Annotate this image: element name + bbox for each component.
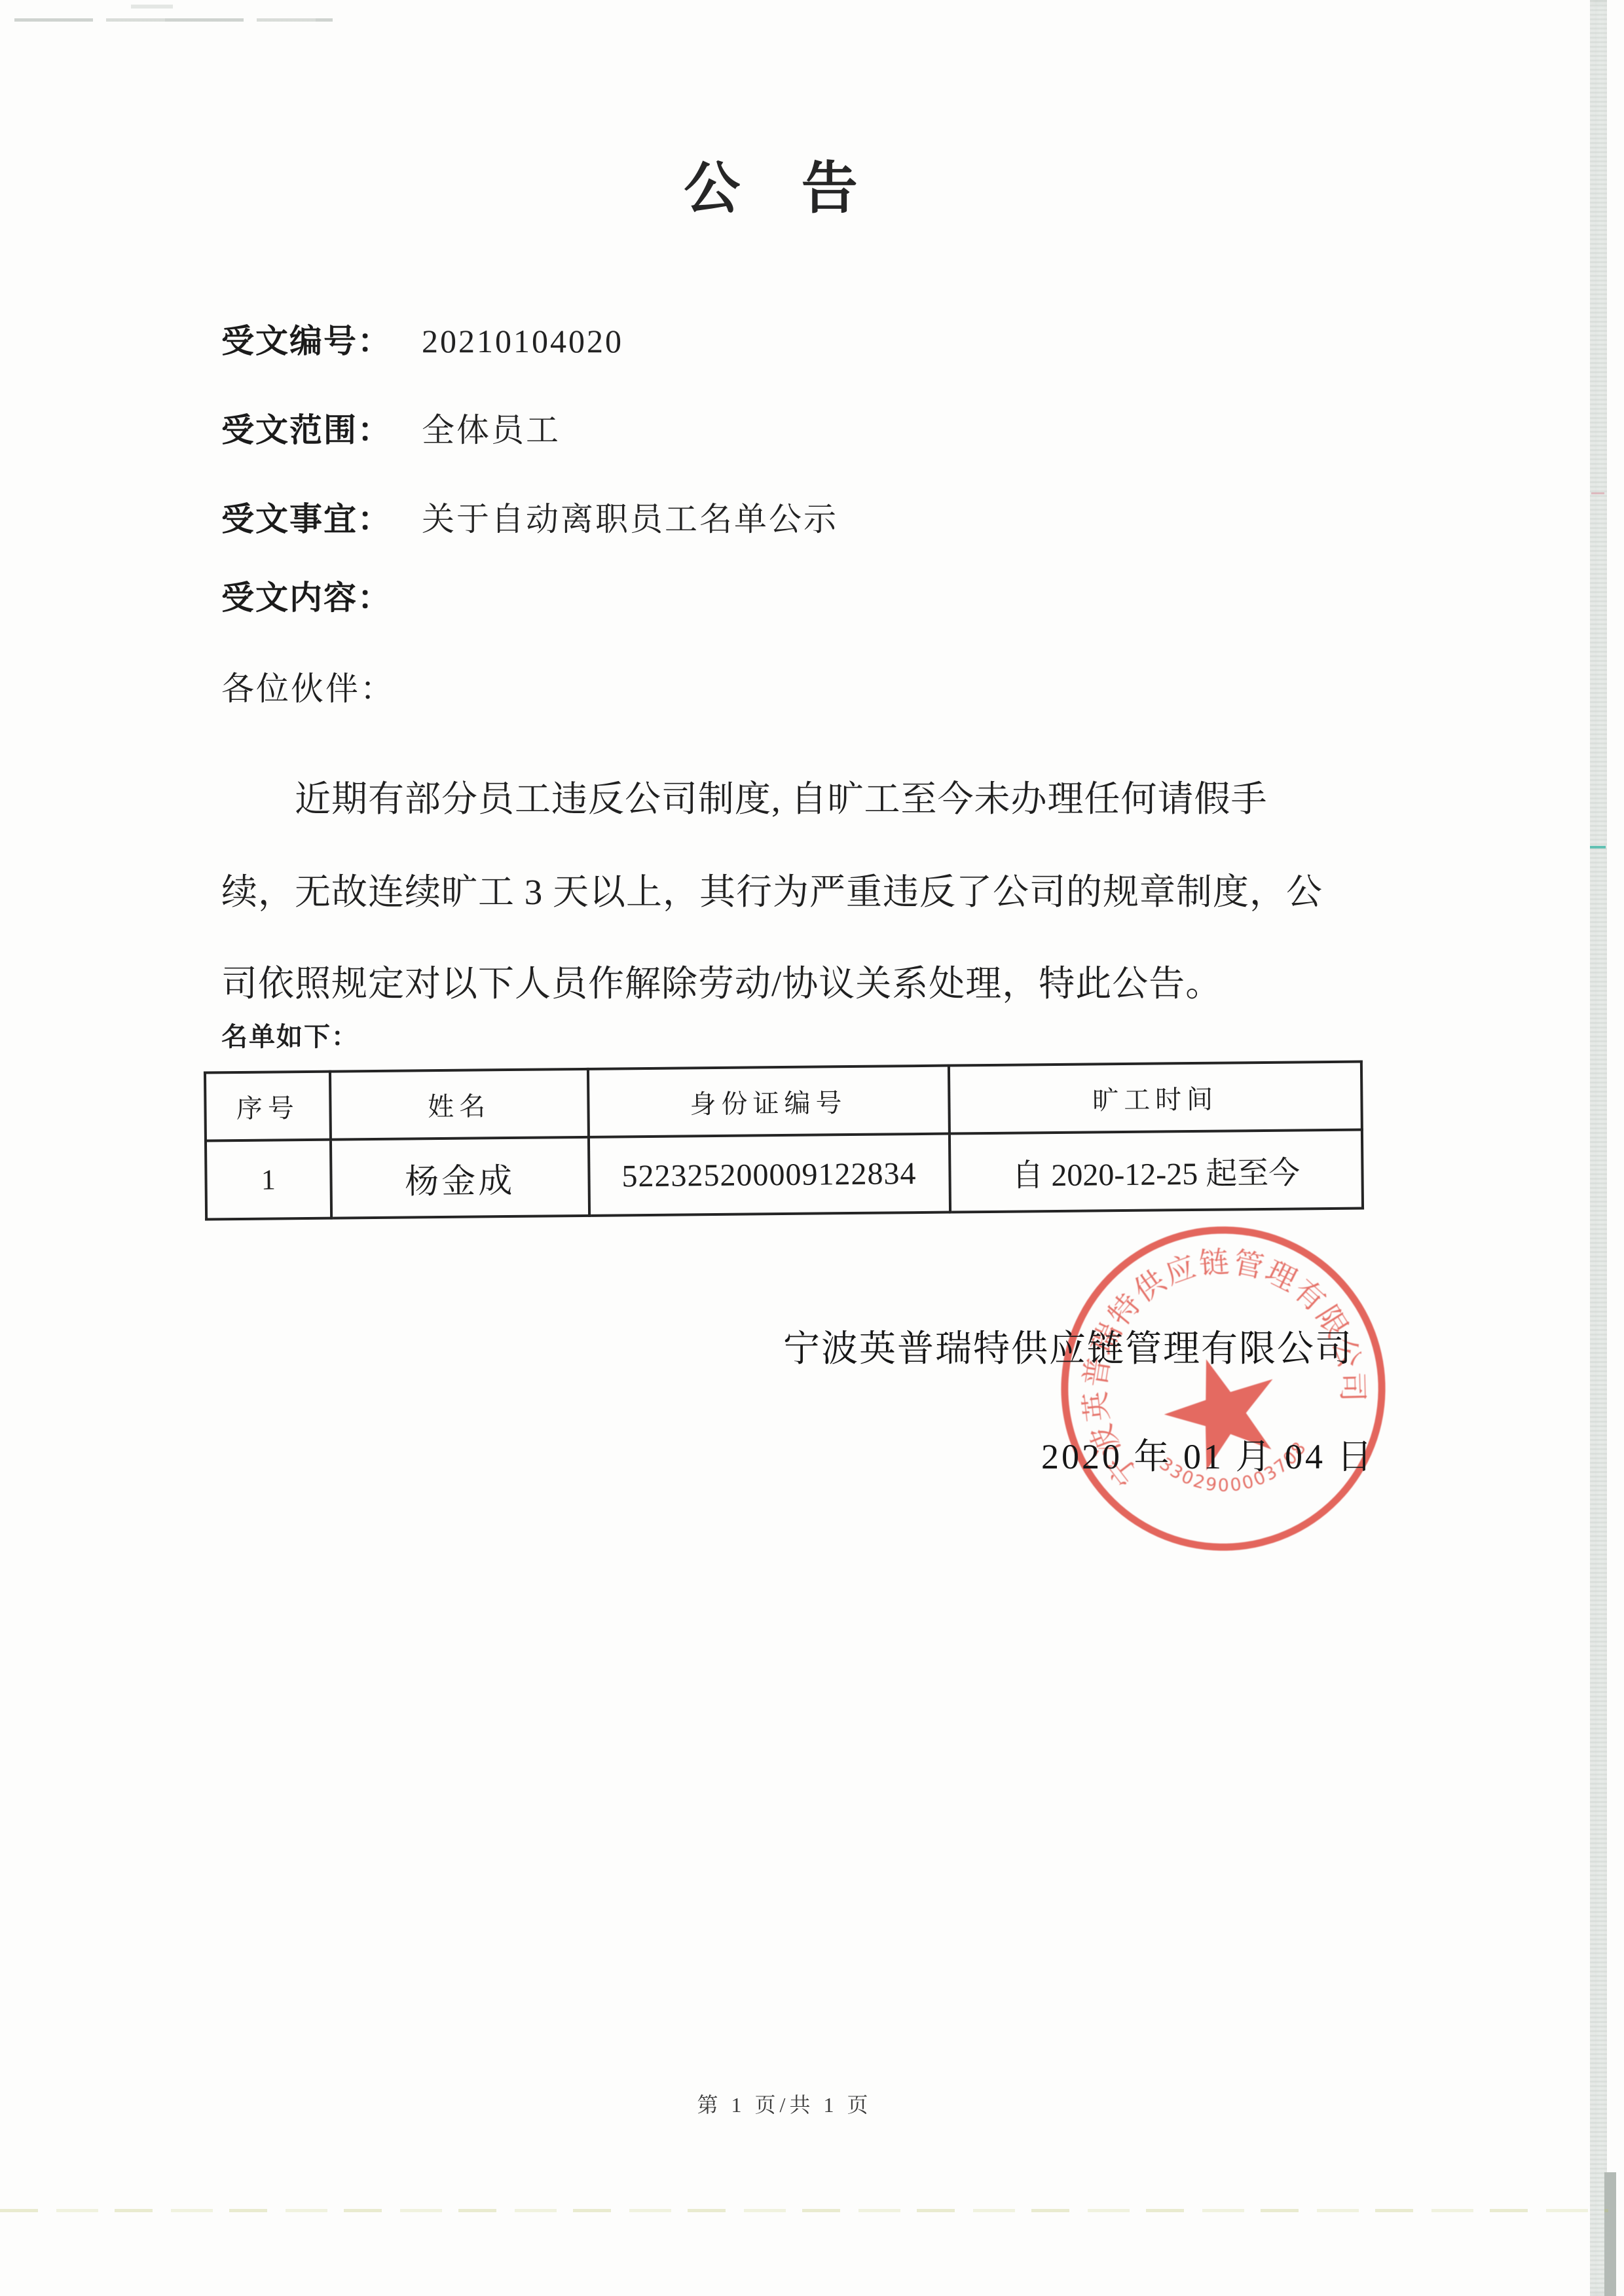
- page-number-footer: 第 1 页/共 1 页: [0, 2088, 1596, 2119]
- dismissed-employee-table: 序号 姓名 身份证编号 旷工时间 1 杨金成 52232520000912283…: [204, 1061, 1364, 1221]
- table-row: 1 杨金成 522325200009122834 自 2020-12-25 起至…: [206, 1130, 1363, 1220]
- cell-id-card: 522325200009122834: [588, 1134, 950, 1216]
- cell-index: 1: [206, 1140, 331, 1220]
- header-id-card: 身份证编号: [587, 1066, 949, 1137]
- scan-edge-strip-texture: [1590, 0, 1607, 2296]
- doc-number-label: 受文编号：: [221, 323, 392, 359]
- content-label: 受文内容：: [221, 579, 392, 616]
- meta-row-content: 受文内容：: [221, 581, 392, 614]
- subject-label: 受文事宜：: [221, 501, 392, 538]
- header-index: 序号: [205, 1072, 331, 1141]
- doc-number-value: 20210104020: [422, 323, 623, 359]
- list-intro: 名单如下：: [221, 1016, 359, 1053]
- body-line-2: 续，无故连续旷工 3 天以上，其行为严重违反了公司的规章制度，公: [221, 863, 1393, 915]
- cell-name: 杨金成: [331, 1137, 589, 1218]
- scan-streak-top-left: [14, 18, 333, 22]
- scope-label: 受文范围：: [221, 412, 392, 448]
- subject-value: 关于自动离职员工名单公示: [422, 501, 838, 538]
- scan-edge-strip-right: [1590, 0, 1607, 2296]
- signature-date: 2020 年 01 月 04 日: [1041, 1429, 1375, 1479]
- salutation: 各位伙伴：: [221, 663, 395, 710]
- header-name: 姓名: [330, 1069, 589, 1140]
- scope-value: 全体员工: [422, 412, 561, 448]
- meta-row-subject: 受文事宜：关于自动离职员工名单公示: [221, 503, 838, 536]
- scan-scuff-bottom: [0, 2209, 1608, 2212]
- table-header-row: 序号 姓名 身份证编号 旷工时间: [205, 1062, 1362, 1141]
- document-title: 公 告: [0, 143, 1595, 224]
- company-seal-stamp: 宁波英普瑞特供应链管理有限公司 3302900003708: [1010, 1176, 1436, 1601]
- scan-tick-teal: [1590, 846, 1606, 848]
- meta-row-scope: 受文范围：全体员工: [221, 414, 561, 446]
- scan-streak-top-left-2: [131, 5, 173, 9]
- meta-row-doc-number: 受文编号：20210104020: [221, 325, 623, 357]
- signature-company: 宁波英普瑞特供应链管理有限公司: [783, 1320, 1353, 1372]
- body-line-1: 近期有部分员工违反公司制度, 自旷工至今未办理任何请假手: [221, 770, 1467, 822]
- body-line-3: 司依照规定对以下人员作解除劳动/协议关系处理，特此公告。: [221, 955, 1393, 1006]
- scanned-announcement-page: 公 告 受文编号：20210104020 受文范围：全体员工 受文事宜：关于自动…: [0, 0, 1624, 2296]
- header-absence: 旷工时间: [948, 1062, 1361, 1134]
- scan-edge-strip-bottom: [1604, 2172, 1616, 2296]
- scan-tick-pink: [1591, 492, 1604, 494]
